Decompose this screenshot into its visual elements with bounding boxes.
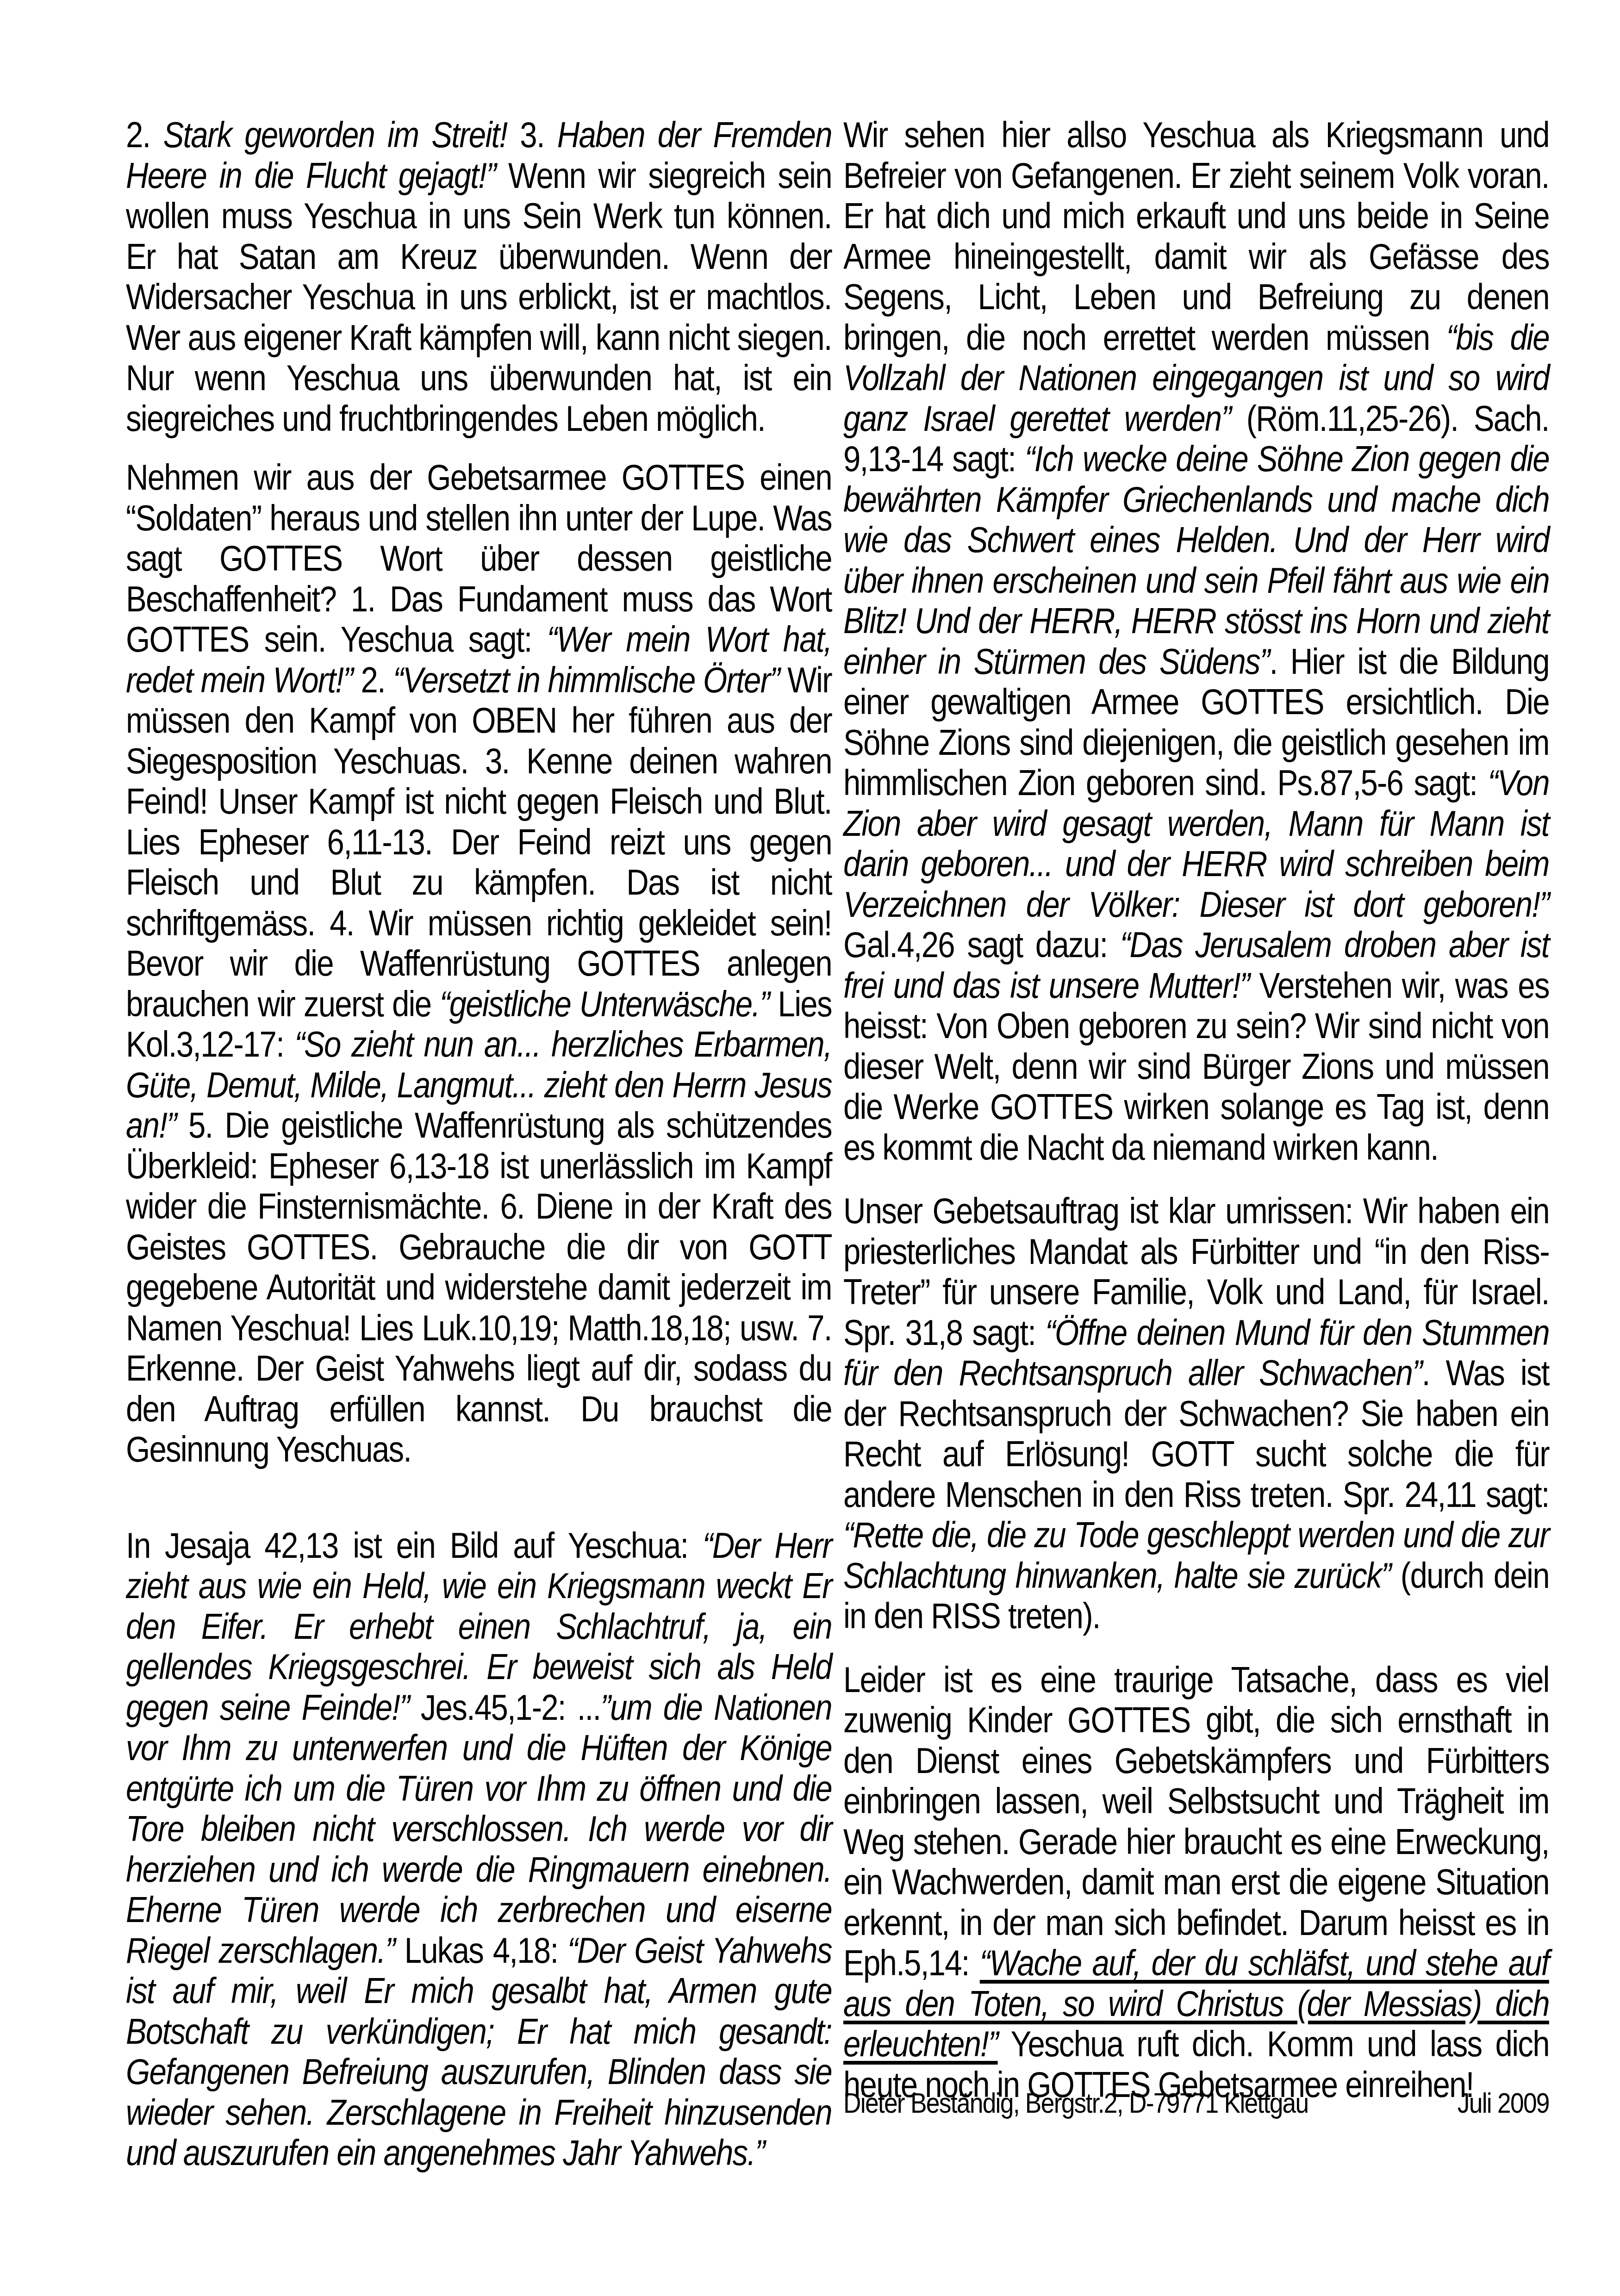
paragraph-warrior: Wir sehen hier allso Yeschua als Kriegsm… <box>843 115 1549 1168</box>
paragraph-prayer-mandate: Unser Gebetsauftrag ist klar umrissen: W… <box>843 1191 1549 1636</box>
document-page: 2. Stark geworden im Streit! 3. Haben de… <box>0 0 1620 2296</box>
paragraph-spacer <box>843 1168 1549 1191</box>
footer: Dieter Beständig, Bergstr.2, D-79771 Kle… <box>843 2085 1549 2122</box>
paragraph-spacer <box>126 1470 832 1525</box>
author-address: Dieter Beständig, Bergstr.2, D-79771 Kle… <box>843 2085 1308 2122</box>
paragraph-victory: 2. Stark geworden im Streit! 3. Haben de… <box>126 115 832 439</box>
right-column: Wir sehen hier allso Yeschua als Kriegsm… <box>843 115 1549 2105</box>
paragraph-soldier: Nehmen wir aus der Gebetsarmee GOTTES ei… <box>126 457 832 1470</box>
publication-date: Juli 2009 <box>1458 2085 1549 2122</box>
paragraph-awakening: Leider ist es eine traurige Tatsache, da… <box>843 1660 1549 2105</box>
left-column: 2. Stark geworden im Streit! 3. Haben de… <box>126 115 832 2173</box>
paragraph-spacer <box>126 439 832 457</box>
paragraph-spacer <box>843 1636 1549 1660</box>
paragraph-jesaja: In Jesaja 42,13 ist ein Bild auf Yeschua… <box>126 1525 832 2173</box>
